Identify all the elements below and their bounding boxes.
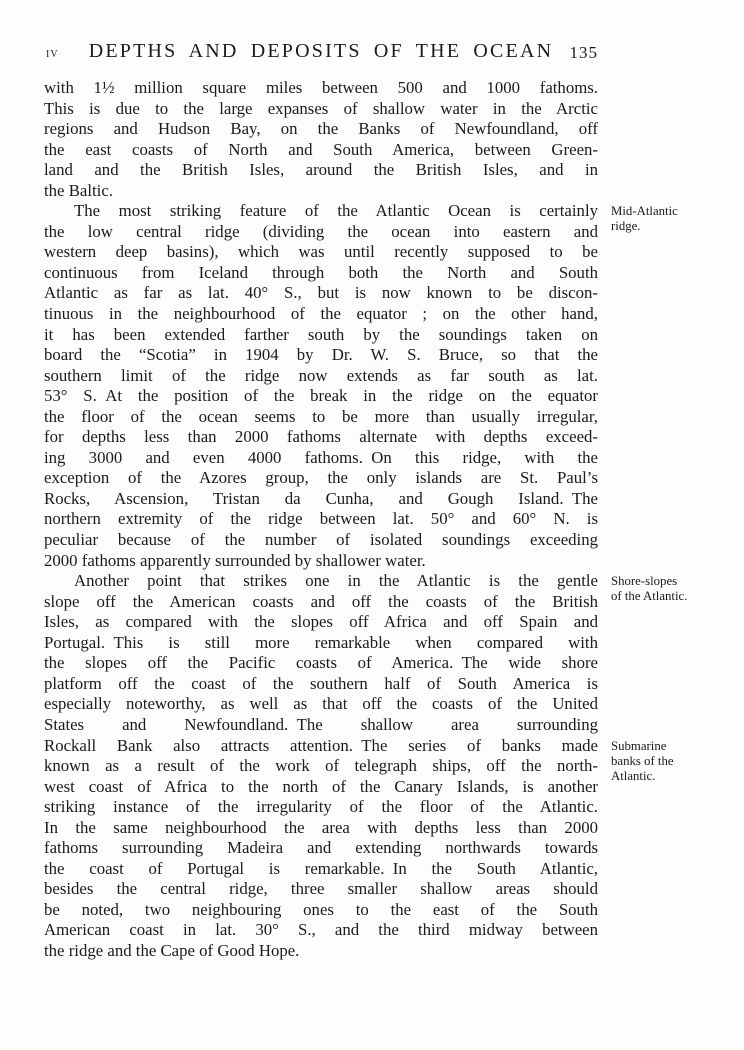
text-line: southern limit of the ridge now extends … [44,366,598,387]
text-line-content: In the same neighbourhood the area with … [44,818,598,837]
text-line: for depths less than 2000 fathoms altern… [44,427,598,448]
text-line: regions and Hudson Bay, on the Banks of … [44,119,598,140]
text-line-content: the floor of the ocean seems to be more … [44,407,598,426]
text-line: tinuous in the neighbourhood of the equa… [44,304,598,325]
text-line: besides the central ridge, three smaller… [44,879,598,900]
text-line-content: Isles, as compared with the slopes off A… [44,612,598,631]
text-line-content: the ridge and the Cape of Good Hope. [44,941,299,960]
text-line-content: Rocks, Ascension, Tristan da Cunha, and … [44,489,598,508]
text-line-content: board the “Scotia” in 1904 by Dr. W. S. … [44,345,598,364]
text-line-content: Rockall Bank also attracts attention. Th… [44,736,598,755]
text-line-content: southern limit of the ridge now extends … [44,366,598,385]
text-line-content: known as a result of the work of telegra… [44,756,598,775]
text-line: slope off the American coasts and off th… [44,592,598,613]
text-line: the Baltic. [44,181,598,202]
text-line: The most striking feature of the Atlanti… [44,201,598,222]
page-title: DEPTHS AND DEPOSITS OF THE OCEAN [44,40,598,63]
text-line-content: platform off the coast of the southern h… [44,674,598,693]
text-line: especially noteworthy, as well as that o… [44,694,598,715]
page-header: iv DEPTHS AND DEPOSITS OF THE OCEAN 135 [44,40,598,68]
text-line-content: besides the central ridge, three smaller… [44,879,598,898]
text-line-content: especially noteworthy, as well as that o… [44,694,598,713]
text-line: the east coasts of North and South Ameri… [44,140,598,161]
page-number: 135 [570,43,599,63]
text-line: 53° S. At the position of the break in t… [44,386,598,407]
text-line-content: American coast in lat. 30° S., and the t… [44,920,598,939]
text-line-content: regions and Hudson Bay, on the Banks of … [44,119,598,138]
text-line-content: peculiar because of the number of isolat… [44,530,598,549]
text-line-content: Portugal. This is still more remarkable … [44,633,598,652]
text-line-content: west coast of Africa to the north of the… [44,777,598,796]
text-line-content: States and Newfoundland. The shallow are… [44,715,598,734]
text-line: Rocks, Ascension, Tristan da Cunha, and … [44,489,598,510]
body-text: with 1½ million square miles between 500… [44,78,598,962]
chapter-number: iv [46,46,59,62]
margin-note-line: Shore-slopes [611,574,739,589]
text-line: exception of the Azores group, the only … [44,468,598,489]
text-line: This is due to the large expanses of sha… [44,99,598,120]
text-line-content: striking instance of the irregularity of… [44,797,598,816]
text-line: the ridge and the Cape of Good Hope. [44,941,598,962]
text-line: Portugal. This is still more remarkable … [44,633,598,654]
text-line-content: the Baltic. [44,181,113,200]
text-line: board the “Scotia” in 1904 by Dr. W. S. … [44,345,598,366]
margin-note-line: Atlantic. [611,769,739,784]
margin-note-line: banks of the [611,754,739,769]
text-line: known as a result of the work of telegra… [44,756,598,777]
text-line-content: tinuous in the neighbourhood of the equa… [44,304,598,323]
margin-note-line: of the Atlantic. [611,589,739,604]
text-line-content: Another point that strikes one in the At… [74,571,598,590]
text-line-content: western deep basins), which was until re… [44,242,598,261]
margin-note-line: Submarine [611,739,739,754]
text-line-content: land and the British Isles, around the B… [44,160,598,179]
text-line-content: exception of the Azores group, the only … [44,468,598,487]
text-line: 2000 fathoms apparently surrounded by sh… [44,551,598,572]
text-line: Rockall Bank also attracts attention. Th… [44,736,598,757]
text-line-content: the low central ridge (dividing the ocea… [44,222,598,241]
text-line-content: 53° S. At the position of the break in t… [44,386,598,405]
text-line-content: the coast of Portugal is remarkable. In … [44,859,598,878]
text-line-content: be noted, two neighbouring ones to the e… [44,900,598,919]
text-line: the low central ridge (dividing the ocea… [44,222,598,243]
text-line: Isles, as compared with the slopes off A… [44,612,598,633]
text-line: ing 3000 and even 4000 fathoms. On this … [44,448,598,469]
text-line: striking instance of the irregularity of… [44,797,598,818]
text-line: fathoms surrounding Madeira and extendin… [44,838,598,859]
margin-note-line: ridge. [611,219,739,234]
text-line-content: Atlantic as far as lat. 40° S., but is n… [44,283,598,302]
text-line: land and the British Isles, around the B… [44,160,598,181]
text-line-content: the east coasts of North and South Ameri… [44,140,598,159]
text-line-content: fathoms surrounding Madeira and extendin… [44,838,598,857]
text-line: the floor of the ocean seems to be more … [44,407,598,428]
text-line: it has been extended farther south by th… [44,325,598,346]
text-line-content: The most striking feature of the Atlanti… [74,201,598,220]
text-line-content: This is due to the large expanses of sha… [44,99,598,118]
text-line-content: northern extremity of the ridge between … [44,509,598,528]
text-line: platform off the coast of the southern h… [44,674,598,695]
text-line: with 1½ million square miles between 500… [44,78,598,99]
book-page: iv DEPTHS AND DEPOSITS OF THE OCEAN 135 … [0,0,744,1050]
text-line: northern extremity of the ridge between … [44,509,598,530]
text-line-content: 2000 fathoms apparently surrounded by sh… [44,551,426,570]
text-line: American coast in lat. 30° S., and the t… [44,920,598,941]
margin-note: Shore-slopesof the Atlantic. [611,574,739,604]
text-line: be noted, two neighbouring ones to the e… [44,900,598,921]
text-line-content: it has been extended farther south by th… [44,325,598,344]
text-line: Atlantic as far as lat. 40° S., but is n… [44,283,598,304]
text-line: Another point that strikes one in the At… [44,571,598,592]
text-line: continuous from Iceland through both the… [44,263,598,284]
text-line-content: ing 3000 and even 4000 fathoms. On this … [44,448,598,467]
text-line: In the same neighbourhood the area with … [44,818,598,839]
text-line-content: continuous from Iceland through both the… [44,263,598,282]
text-line: States and Newfoundland. The shallow are… [44,715,598,736]
margin-note-line: Mid-Atlantic [611,204,739,219]
margin-note: Mid-Atlanticridge. [611,204,739,234]
text-line-content: the slopes off the Pacific coasts of Ame… [44,653,598,672]
text-line: peculiar because of the number of isolat… [44,530,598,551]
margin-note: Submarinebanks of theAtlantic. [611,739,739,785]
text-line-content: with 1½ million square miles between 500… [44,78,598,97]
text-line: western deep basins), which was until re… [44,242,598,263]
text-line: west coast of Africa to the north of the… [44,777,598,798]
text-line-content: for depths less than 2000 fathoms altern… [44,427,598,446]
text-line: the coast of Portugal is remarkable. In … [44,859,598,880]
text-line-content: slope off the American coasts and off th… [44,592,598,611]
text-line: the slopes off the Pacific coasts of Ame… [44,653,598,674]
